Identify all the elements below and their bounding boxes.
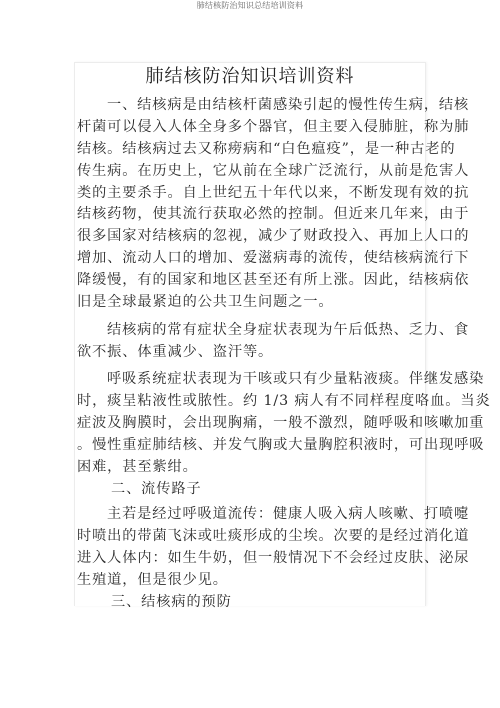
paragraph-line: 生殖道，但是很少见。 [77, 570, 425, 590]
paragraph-line: 结核。结核病过去又称痨病和“白色瘟疫”，是一种古老的 [77, 139, 425, 159]
paragraph-line: 困难，甚至紫绀。 [77, 457, 425, 477]
section-heading-prevention: 三、结核病的预防 [77, 592, 425, 612]
paragraph-line: 进入人体内：如生牛奶，但一般情况下不会经过皮肤、泌尿 [77, 548, 425, 568]
paragraph-line: 时喷出的带菌飞沫或吐痰形成的尘埃。次要的是经过消化道 [77, 526, 425, 546]
paragraph-line: 旧是全球最紧迫的公共卫生问题之一。 [77, 292, 425, 312]
paragraph-line: 症波及胸膜时，会出现胸痛，一般不激烈，随呼吸和咳嗽加重 [77, 413, 425, 433]
document-title: 肺结核防治知识培训资料 [75, 67, 425, 87]
paragraph-line: 传生病。在历史上，它从前在全球广泛流行，从前是危害人 [77, 161, 425, 181]
paragraph-line: 主若是经过呼吸道流传：健康人吸入病人咳嗽、打喷嚏 [77, 504, 425, 524]
paragraph-line: 一、结核病是由结核杆菌感染引起的慢性传生病，结核 [77, 95, 425, 115]
paragraph-line: 杆菌可以侵入人体全身多个器官，但主要入侵肺脏，称为肺 [77, 117, 425, 137]
paragraph-line: 增加、流动人口的增加、爱滋病毒的流传，使结核病流行下 [77, 248, 425, 268]
paragraph-line: 类的主要杀手。自上世纪五十年代以来，不断发现有效的抗 [77, 183, 425, 203]
running-header: 肺结核防治知识总结培训资料 [0, 0, 500, 12]
paragraph-line: 结核病的常有症状全身症状表现为午后低热、乏力、食 [77, 320, 425, 340]
paragraph-line: 欲不振、体重减少、盗汗等。 [77, 342, 425, 362]
section-heading-transmission: 二、流传路子 [77, 479, 425, 499]
paragraph-line: 。慢性重症肺结核、并发气胸或大量胸腔积液时，可出现呼吸 [77, 435, 425, 455]
paragraph-line: 时，痰呈粘液性或脓性。约 1/3 病人有不同样程度咯血。当炎 [77, 391, 425, 411]
paragraph-line: 很多国家对结核病的忽视，减少了财政投入、再加上人口的 [77, 226, 425, 246]
paragraph-line: 结核药物，使其流行获取必然的控制。但近来几年来，由于 [77, 204, 425, 224]
paragraph-line: 呼吸系统症状表现为干咳或只有少量粘液痰。伴继发感染 [77, 369, 425, 389]
paragraph-line: 降缓慢，有的国家和地区甚至还有所上涨。因此，结核病依 [77, 270, 425, 290]
document-page: 肺结核防治知识培训资料 一、结核病是由结核杆菌感染引起的慢性传生病，结核 杆菌可… [74, 62, 426, 606]
